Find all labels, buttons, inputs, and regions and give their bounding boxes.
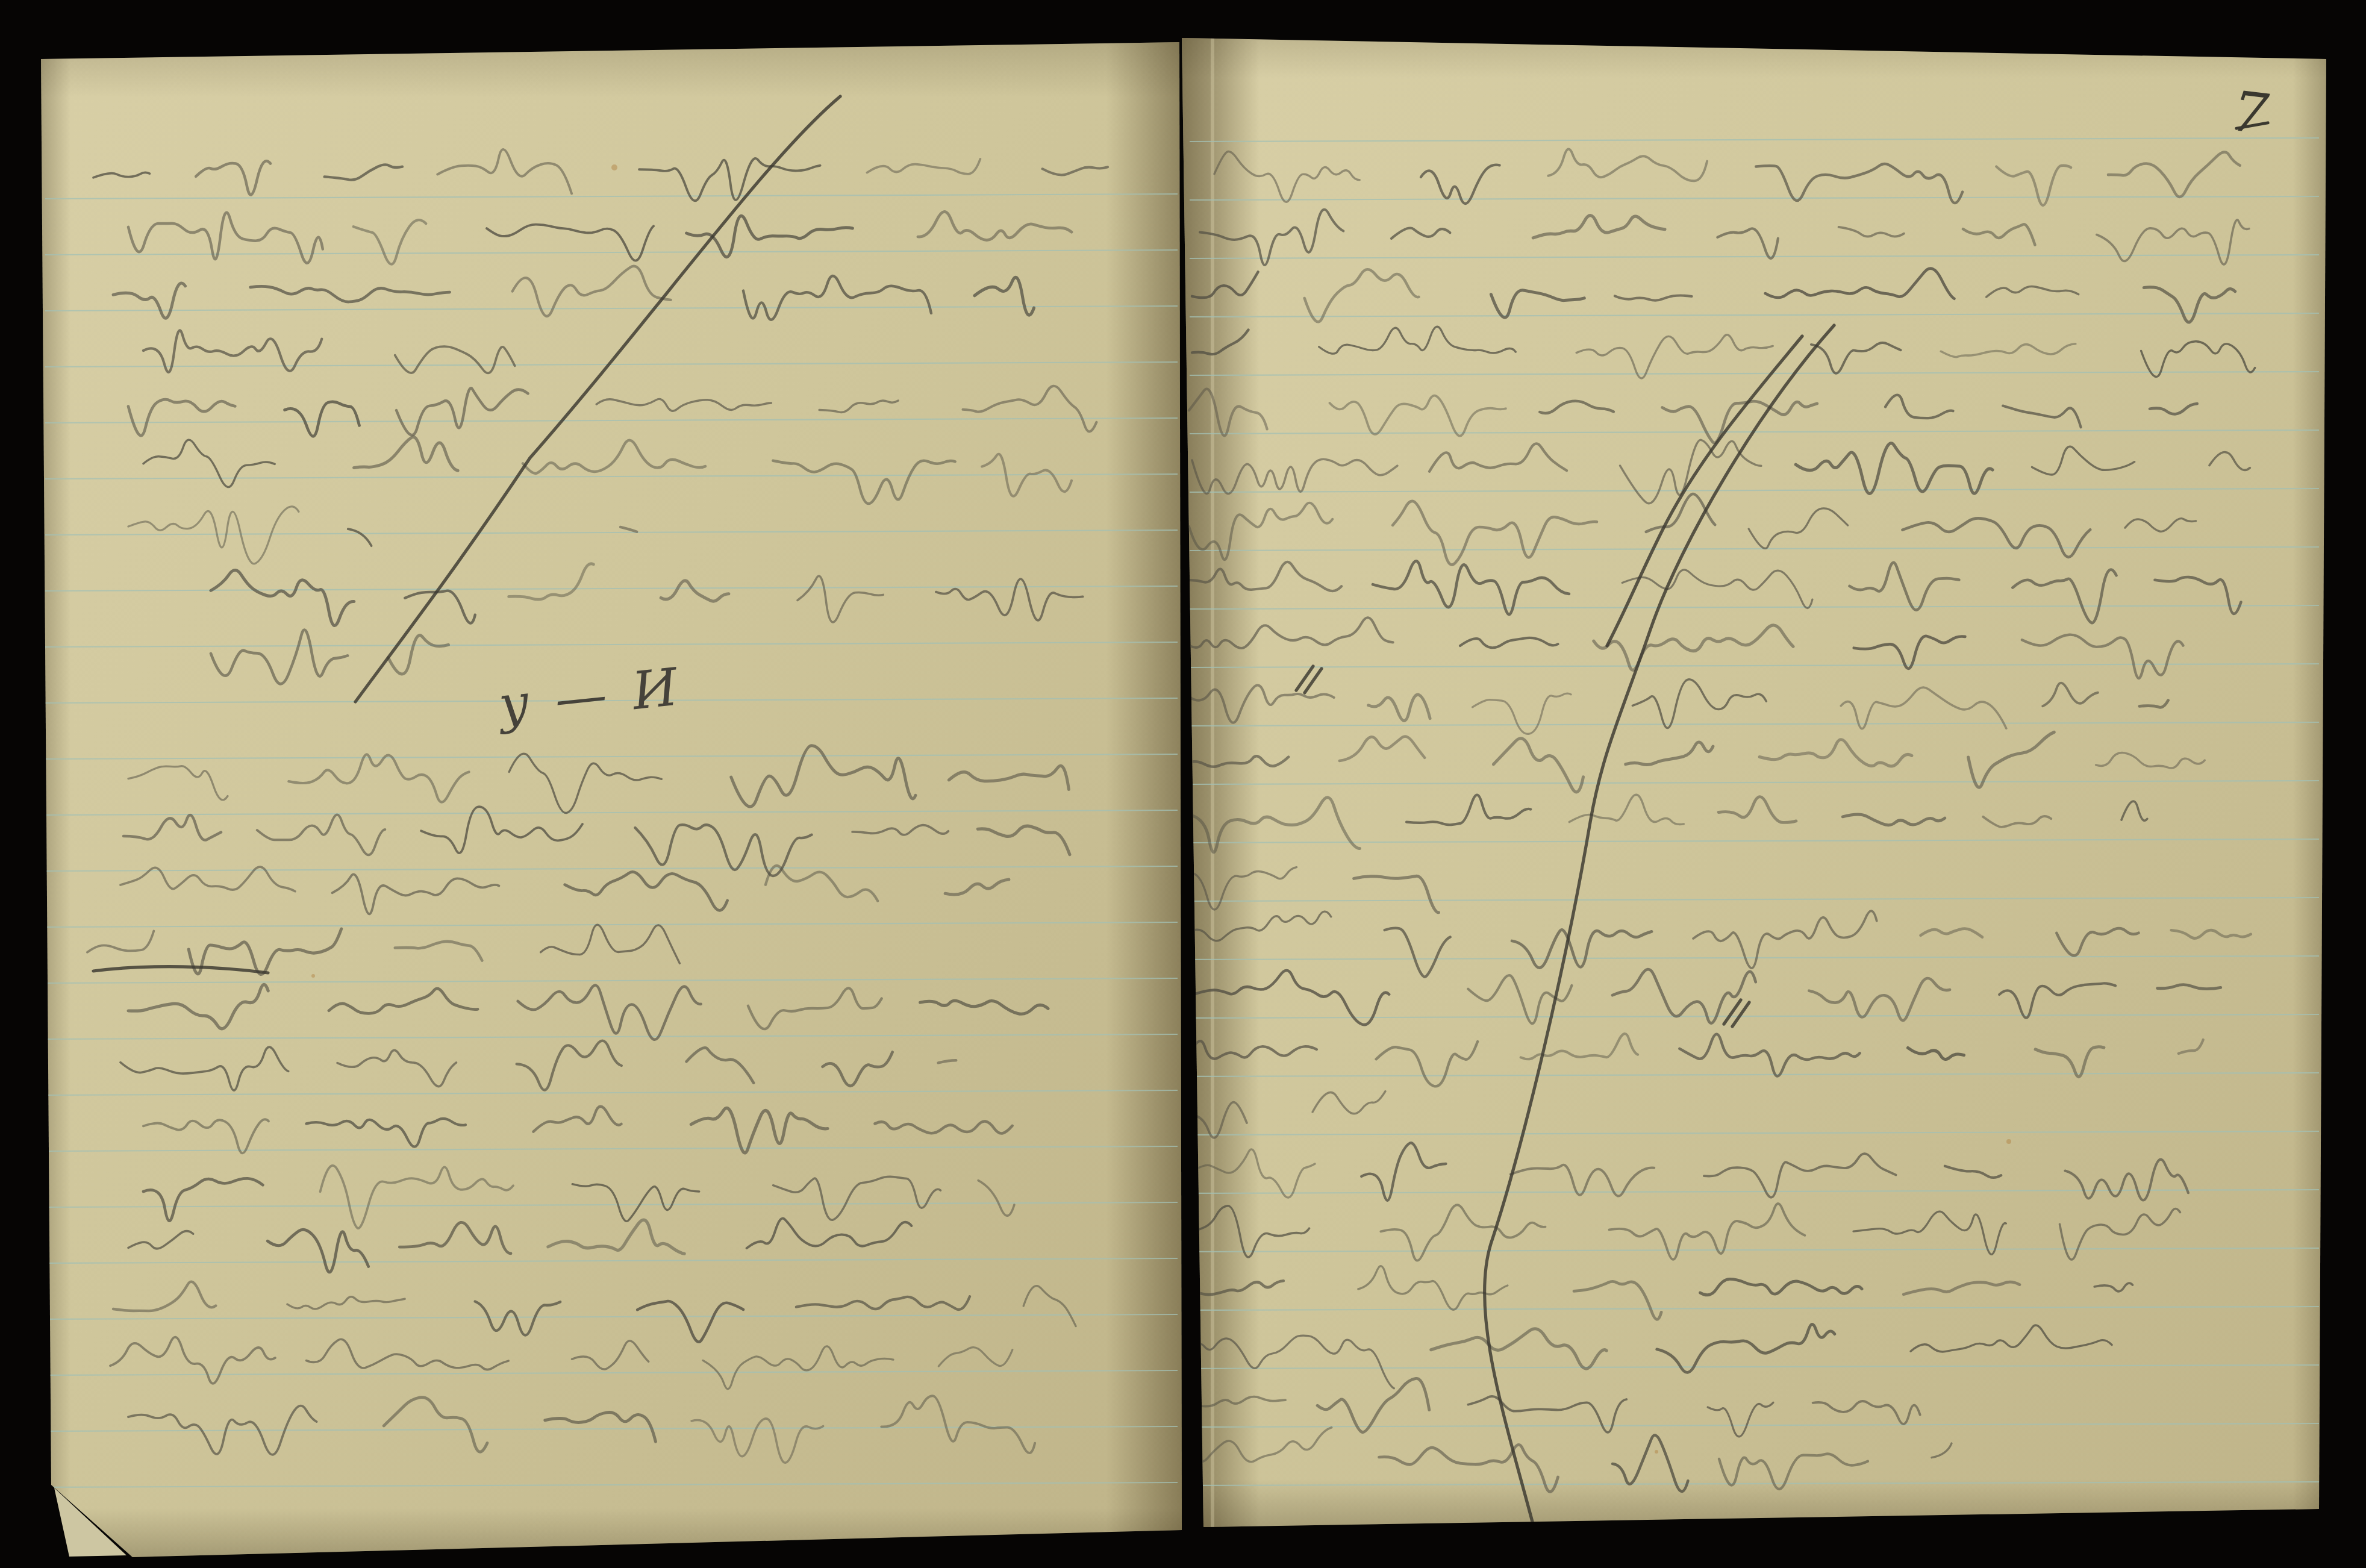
page-number: 7 (2229, 84, 2271, 143)
right-page (1179, 33, 2327, 1539)
notebook-scan: у — И 7 (0, 0, 2366, 1568)
left-page (36, 36, 1187, 1568)
